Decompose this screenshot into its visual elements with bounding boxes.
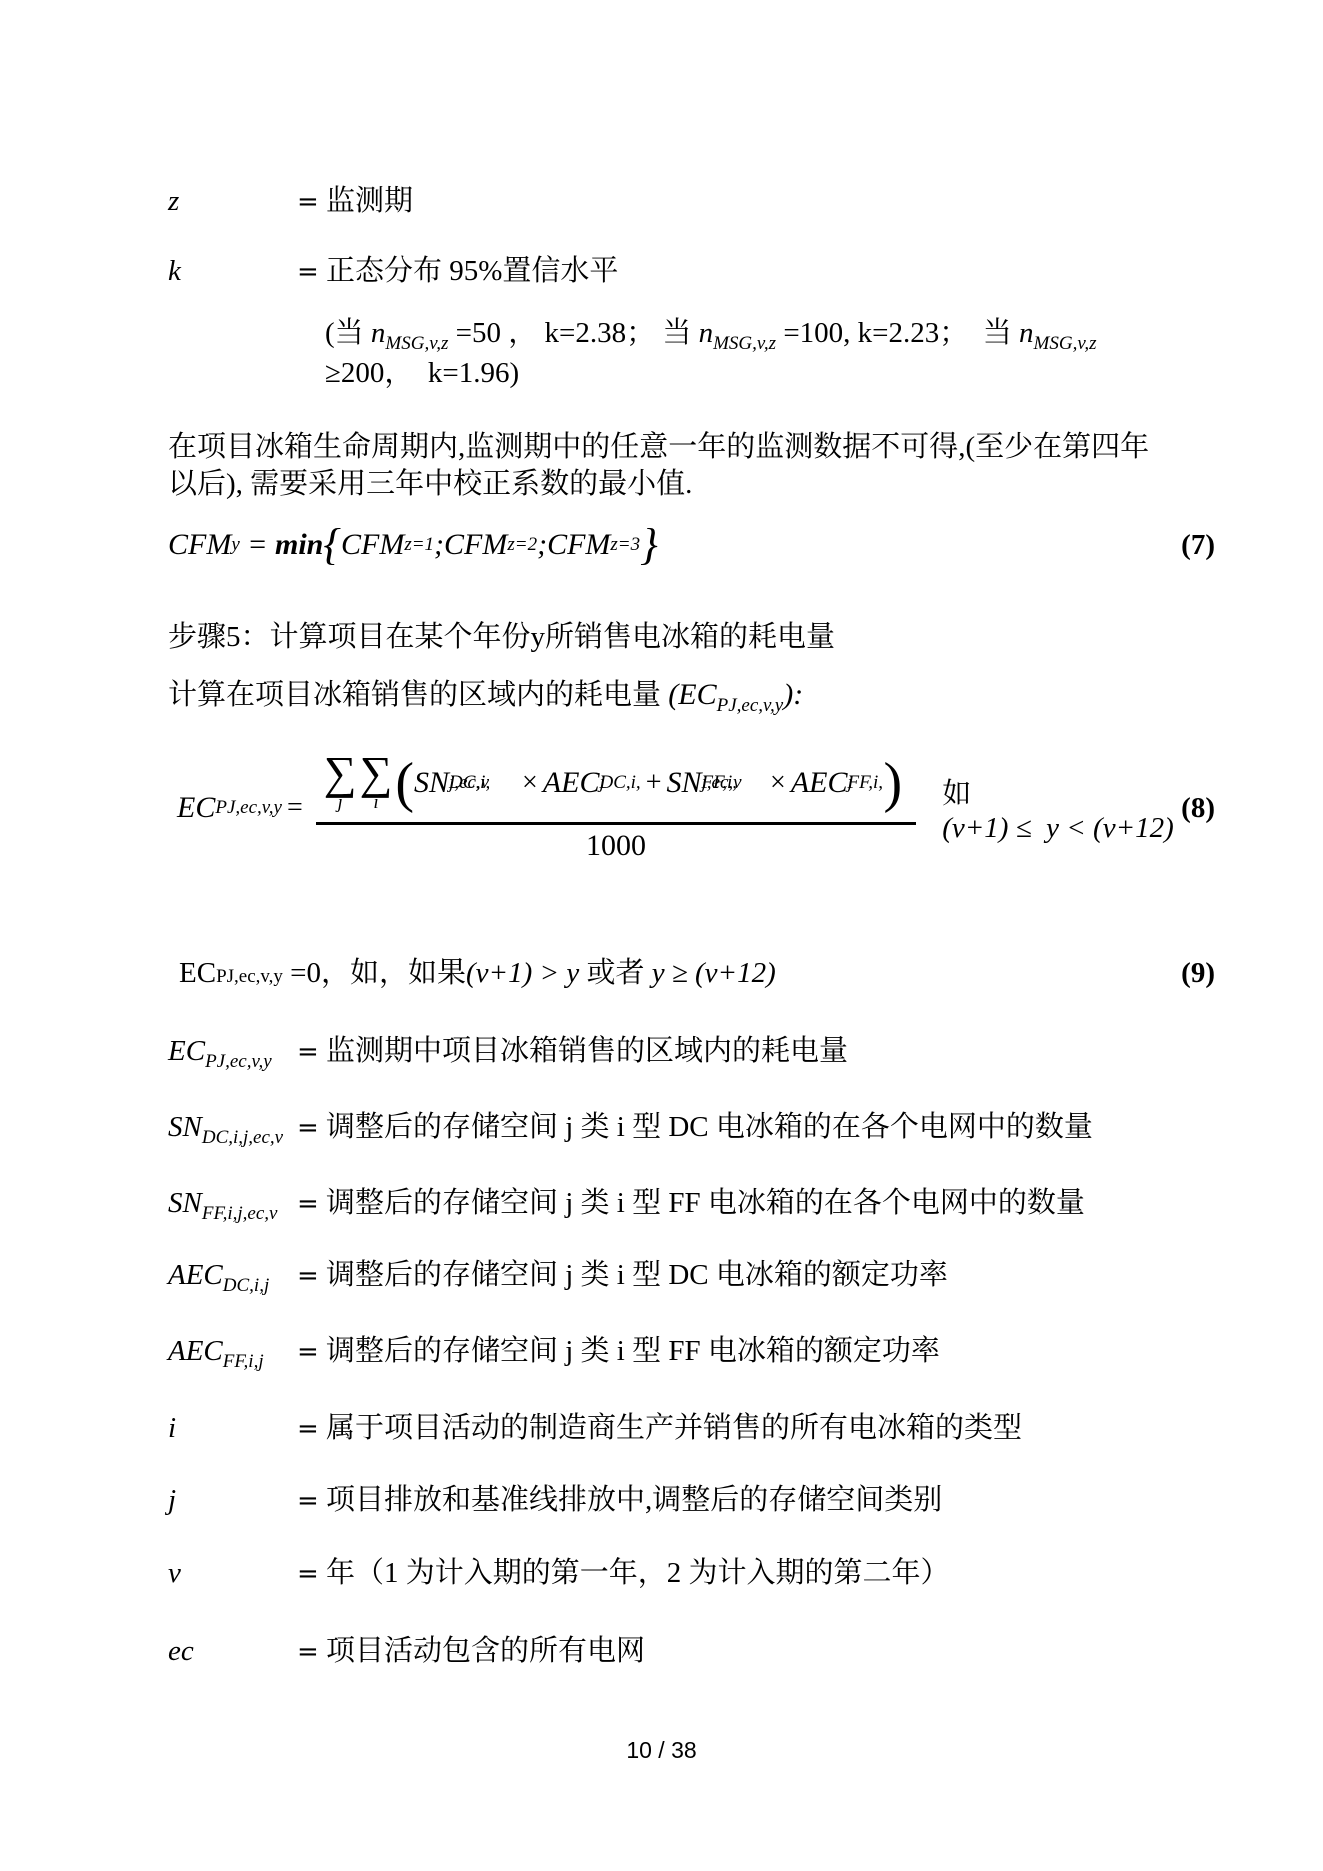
equals-sign: = [297,1037,326,1067]
definition-row-aec-dc: AECDC,i,j = 调整后的存储空间 j 类 i 型 DC 电冰箱的额定功率 [168,1252,1215,1293]
definition-term: v [168,1557,297,1590]
times-operator: × [522,767,538,799]
definition-term: z [168,185,297,218]
formula9-math-1: (v+1) > y [466,957,579,990]
definition-term: ec [168,1635,297,1668]
definition-desc: 属于项目活动的制造商生产并销售的所有电冰箱的类型 [326,1405,1022,1446]
variable-n: n [1019,317,1034,349]
term-base: AEC [168,1259,223,1291]
or-text: 或者 [579,950,652,991]
note-text: =50 ， k=2.38； 当 [448,317,698,349]
intro-paragraph: 在项目冰箱生命周期内,监测期中的任意一年的监测数据不可得,(至少在第四年 以后)… [168,429,1170,503]
aec-ff-term: AEC [791,766,848,800]
cfm-term: CFM [547,528,610,562]
definition-row-v: v = 年（1 为计入期的第一年，2 为计入期的第二年） [168,1550,1215,1591]
definition-desc: 监测期中项目冰箱销售的区域内的耗电量 [326,1028,848,1069]
definition-row-i: i = 属于项目活动的制造商生产并销售的所有电冰箱的类型 [168,1405,1215,1446]
subscript: DC,i,j,ec,v [202,1127,283,1148]
definition-row-ec: ec = 项目活动包含的所有电网 [168,1628,1215,1669]
ec-symbol: EC [179,957,216,990]
subscript: MSG,v,z [385,333,448,354]
definition-desc: 调整后的存储空间 j 类 i 型 FF 电冰箱的额定功率 [326,1328,940,1369]
k-note: (当 nMSG,v,z =50 ， k=2.38； 当 nMSG,v,z =10… [325,313,1203,393]
formula8-lead: 计算在项目冰箱销售的区域内的耗电量 (ECPJ,ec,v,y): [168,672,803,713]
sum-index: j [338,793,343,812]
k-note-line-2: ≥200， k=1.96) [325,353,1203,393]
definition-desc: 调整后的存储空间 j 类 i 型 DC 电冰箱的额定功率 [326,1252,948,1293]
sum-over-j: ∑ j [324,753,357,812]
definition-term: k [168,255,297,288]
subscript: DC,i,j [223,1275,269,1296]
min-operator: min [275,528,323,562]
term-base: SN [168,1111,202,1143]
fraction-numerator: ∑ j ∑ i ( SNDC,i, j,ec,v × AECDC,i, j + … [316,753,916,825]
definition-row-j: j = 项目排放和基准线排放中,调整后的存储空间类别 [168,1477,1215,1518]
definition-term: ECPJ,ec,v,y [168,1035,297,1068]
ec-symbol: EC [177,791,215,825]
subscript: FF,i,j,ec,v [202,1203,278,1224]
variable-n: n [371,317,386,349]
term-base: EC [168,1035,205,1067]
subscript: PJ,ec,v,y [205,1051,272,1072]
equals-sign: = [297,1414,326,1444]
term-base: j [168,1484,176,1516]
variable-n: n [699,317,714,349]
equals-sign: = [297,1189,326,1219]
condition-prefix: 如 [942,778,971,810]
lead-text: 计算在项目冰箱销售的区域内的耗电量 [168,679,668,711]
definition-term: SNDC,i,j,ec,v [168,1111,297,1144]
term-base: AEC [168,1335,223,1367]
sum-index: i [373,793,378,812]
definition-desc: 年（1 为计入期的第一年，2 为计入期的第二年） [326,1550,950,1591]
fraction: ∑ j ∑ i ( SNDC,i, j,ec,v × AECDC,i, j + … [316,753,916,863]
condition-math: (v+1) ≤ y < (v+12) [942,812,1174,844]
definition-row-aec-ff: AECFF,i,j = 调整后的存储空间 j 类 i 型 FF 电冰箱的额定功率 [168,1328,1215,1369]
equals-sign: = [287,792,303,824]
definition-term: AECFF,i,j [168,1335,297,1368]
definition-term: SNFF,i,j,ec,v [168,1187,297,1220]
equals-sign: = [297,1559,326,1589]
definition-row-sn-dc: SNDC,i,j,ec,v = 调整后的存储空间 j 类 i 型 DC 电冰箱的… [168,1104,1215,1145]
step5-heading: 步骤5：计算项目在某个年份y所销售电冰箱的耗电量 [168,614,835,655]
equals-sign: = [297,257,326,287]
equation-number-8: (8) [1181,792,1215,825]
equation-number-9: (9) [1181,957,1215,990]
cfm-term: CFM [341,528,404,562]
definition-row-sn-ff: SNFF,i,j,ec,v = 调整后的存储空间 j 类 i 型 FF 电冰箱的… [168,1180,1215,1221]
k-note-line-1: (当 nMSG,v,z =50 ， k=2.38； 当 nMSG,v,z =10… [325,313,1203,353]
formula-7: CFMy = min{CFMz=1;CFMz=2;CFMz=3} (7) [168,528,1215,562]
subscript: MSG,v,z [713,333,776,354]
separator: ; [537,528,547,562]
sigma-icon: ∑ [360,753,393,792]
subscript: MSG,v,z [1034,333,1097,354]
definition-desc: 正态分布 95%置信水平 [326,248,618,289]
cfm-term: CFM [444,528,507,562]
sn-ff-term: SN [666,766,701,800]
definition-desc: 调整后的存储空间 j 类 i 型 FF 电冰箱的在各个电网中的数量 [326,1180,1085,1221]
definition-desc: 项目活动包含的所有电网 [326,1628,645,1669]
sn-dc-term: SN [414,766,449,800]
definition-desc: 监测期 [326,178,413,219]
page-number: 10 / 38 [0,1737,1323,1764]
definition-term: AECDC,i,j [168,1259,297,1292]
equals-sign: = [240,528,275,562]
formula-8: ECPJ,ec,v,y = ∑ j ∑ i ( SNDC,i, j,ec,v ×… [177,733,1215,883]
note-text: ≥200， k=1.96) [325,357,519,389]
fraction-denominator: 1000 [586,825,646,863]
paren-open: ( [668,678,678,711]
subscript: PJ,ec,v,y [717,695,784,716]
term-base: i [168,1412,176,1444]
document-page: z = 监测期 k = 正态分布 95%置信水平 (当 nMSG,v,z =50… [0,0,1323,1871]
equals-sign: = [297,1637,326,1667]
cfm-term: CFM [168,528,231,562]
definition-term: j [168,1484,297,1517]
sigma-icon: ∑ [324,753,357,792]
formula8-condition: 如(v+1) ≤ y < (v+12) [942,771,1181,845]
paren-close-colon: ): [783,678,803,711]
equation-number-7: (7) [1181,529,1215,562]
definition-desc: 调整后的存储空间 j 类 i 型 DC 电冰箱的在各个电网中的数量 [326,1104,1093,1145]
plus-operator: + [646,767,662,799]
times-operator: × [770,767,786,799]
term-base: v [168,1557,181,1589]
formula-9: ECPJ,ec,v,y =0，如，如果(v+1) > y 或者 y ≥ (v+1… [179,950,1215,991]
term-base: SN [168,1187,202,1219]
definition-row-k: k = 正态分布 95%置信水平 [168,248,1215,289]
formula9-mid: =0，如，如果 [283,950,466,991]
definition-row-ec-pj: ECPJ,ec,v,y = 监测期中项目冰箱销售的区域内的耗电量 [168,1028,1215,1069]
equals-sign: = [297,1113,326,1143]
subscript: FF,i,j [223,1351,264,1372]
definition-desc: 项目排放和基准线排放中,调整后的存储空间类别 [326,1477,942,1518]
note-text: =100, k=2.23； 当 [776,317,1019,349]
aec-dc-term: AEC [543,766,600,800]
note-text: (当 [325,317,371,349]
equals-sign: = [297,187,326,217]
ec-symbol: EC [678,678,716,711]
sum-over-i: ∑ i [360,753,393,812]
definition-row-z: z = 监测期 [168,178,1215,219]
separator: ; [434,528,444,562]
formula9-math-2: y ≥ (v+12) [652,957,776,990]
equals-sign: = [297,1486,326,1516]
equals-sign: = [297,1261,326,1291]
equals-sign: = [297,1337,326,1367]
definition-term: i [168,1412,297,1445]
term-base: ec [168,1635,194,1667]
